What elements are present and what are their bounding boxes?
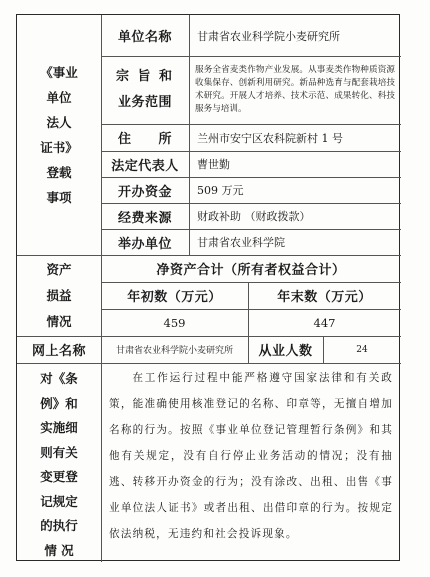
legal-representative-value: 曹世勤: [189, 151, 401, 177]
unit-name-value: 甘肃省农业科学院小麦研究所: [189, 15, 401, 56]
purpose-scope-label: 宗 旨 和 业务范围: [101, 56, 189, 124]
sponsor-label: 举办单位: [101, 229, 189, 255]
legal-representative-label: 法定代表人: [101, 151, 189, 177]
label-line: 宗 旨 和: [116, 64, 174, 90]
compliance-text: 在工作运行过程中能严格遵守国家法律和有关政策，能准确使用核准登记的名称、印章等，…: [101, 363, 401, 562]
online-name-value: 甘肃省农业科学院小麦研究所: [101, 336, 248, 363]
label-line: 资产: [46, 257, 71, 283]
compliance-section-label: 对《条 例》和 实施细 则有关 变更登 记规定 的执行 情 况: [17, 363, 101, 562]
label-line: 单位: [46, 85, 71, 110]
label-line: 事项: [46, 185, 71, 210]
label-line: 法人: [46, 110, 71, 135]
end-of-year-label: 年末数（万元）: [248, 282, 401, 309]
capital-value: 509 万元: [189, 177, 401, 203]
start-of-year-label: 年初数（万元）: [101, 282, 248, 309]
start-of-year-value: 459: [101, 309, 248, 336]
staff-count-value: 24: [323, 336, 401, 363]
end-of-year-value: 447: [248, 309, 401, 336]
address-value: 兰州市安宁区农科院新村 1 号: [189, 124, 401, 151]
label-line: 记规定: [40, 490, 78, 515]
label-line: 损益: [46, 283, 71, 309]
label-line: 例》和: [40, 392, 78, 417]
registration-form-table: 《事业 单位 法人 证书》 登载 事项 单位名称 甘肃省农业科学院小麦研究所 宗…: [16, 14, 400, 561]
capital-label: 开办资金: [101, 177, 189, 203]
funding-source-label: 经费来源: [101, 203, 189, 229]
purpose-scope-value: 服务全省麦类作物产业发展。从事麦类作物种质资源收集保存、创新利用研究。新品种选育…: [189, 56, 401, 124]
label-line: 证书》: [40, 135, 78, 160]
registration-section-label: 《事业 单位 法人 证书》 登载 事项: [17, 15, 101, 255]
online-name-label: 网上名称: [17, 336, 101, 363]
label-line: 实施细: [40, 416, 78, 441]
unit-name-label: 单位名称: [101, 15, 189, 56]
label-line: 业务范围: [118, 90, 172, 116]
label-line: 则有关: [40, 441, 78, 466]
sponsor-value: 甘肃省农业科学院: [189, 229, 401, 255]
label-line: 《事业: [40, 60, 78, 85]
staff-count-label: 从业人数: [248, 336, 323, 363]
label-line: 变更登: [40, 465, 78, 490]
address-label: 住 所: [101, 124, 189, 151]
label-line: 情况: [46, 309, 71, 335]
label-line: 对《条: [40, 367, 78, 392]
label-line: 的执行: [40, 514, 78, 539]
label-line: 情 况: [44, 539, 73, 564]
funding-source-value: 财政补助 （财政拨款）: [189, 203, 401, 229]
net-assets-header: 净资产合计（所有者权益合计）: [101, 255, 401, 282]
assets-section-label: 资产 损益 情况: [17, 255, 101, 336]
label-line: 登载: [46, 160, 71, 185]
